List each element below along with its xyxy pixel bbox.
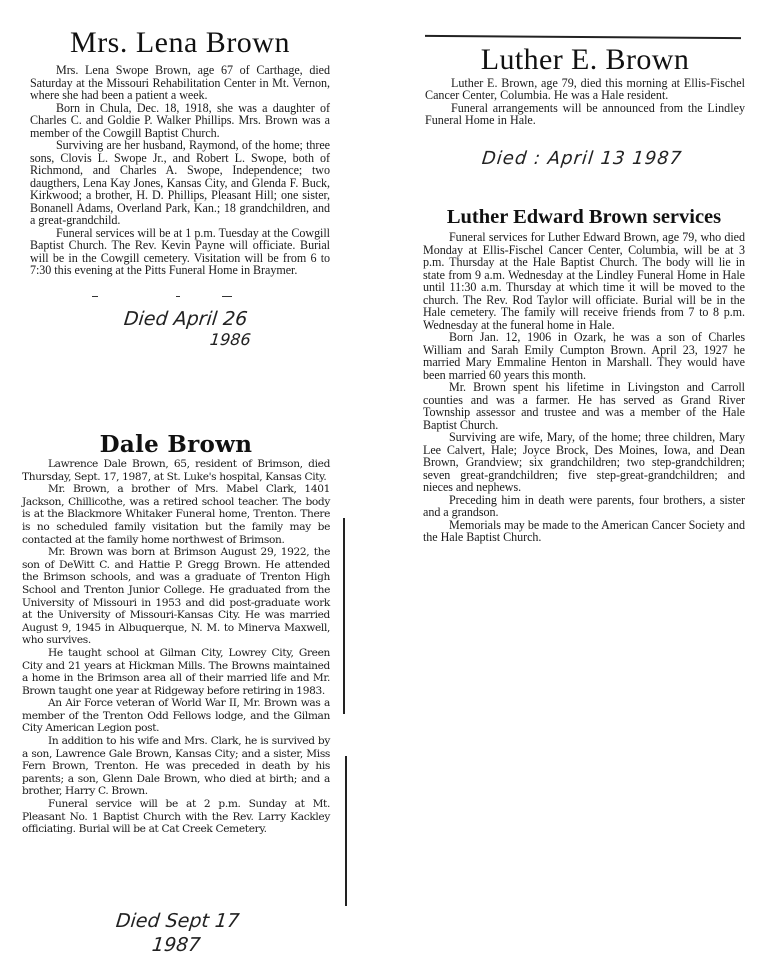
clipping-luther-e-brown: Luther E. Brown Luther E. Brown, age 79,… (425, 36, 745, 127)
clipping-lena-brown: Mrs. Lena Brown Mrs. Lena Swope Brown, a… (30, 28, 330, 277)
handwritten-death-date: Died Sept 17 (115, 910, 240, 932)
obituary-paragraph: Mr. Brown was born at Brimson August 29,… (22, 546, 330, 647)
scan-speck (92, 296, 98, 297)
obituary-paragraph: An Air Force veteran of World War II, Mr… (22, 697, 330, 735)
obituary-paragraph: Luther E. Brown, age 79, died this morni… (425, 77, 745, 102)
obituary-paragraph: Preceding him in death were parents, fou… (423, 494, 745, 519)
handwritten-death-year: 1987 (151, 934, 202, 956)
obituary-title: Dale Brown (22, 432, 330, 458)
obituary-paragraph: Mrs. Lena Swope Brown, age 67 of Carthag… (30, 64, 330, 102)
obituary-paragraph: Lawrence Dale Brown, 65, resident of Bri… (22, 458, 330, 483)
handwritten-death-date: Died April 26 (123, 308, 249, 330)
obituary-paragraph: Mr. Brown, a brother of Mrs. Mabel Clark… (22, 483, 330, 546)
scan-speck (176, 296, 180, 297)
obituary-paragraph: Funeral arrangements will be announced f… (425, 102, 745, 127)
obituary-paragraph: Funeral services will be at 1 p.m. Tuesd… (30, 227, 330, 277)
column-rule (343, 518, 345, 714)
obituary-title: Luther Edward Brown services (423, 205, 745, 229)
clipping-top-rule (425, 35, 741, 39)
obituary-paragraph: Surviving are her husband, Raymond, of t… (30, 139, 330, 227)
obituary-paragraph: Memorials may be made to the American Ca… (423, 519, 745, 544)
clipping-dale-brown: Dale Brown Lawrence Dale Brown, 65, resi… (22, 432, 330, 836)
scan-speck (222, 296, 232, 297)
handwritten-death-year: 1986 (209, 330, 252, 349)
obituary-paragraph: Funeral service will be at 2 p.m. Sunday… (22, 798, 330, 836)
obituary-title: Mrs. Lena Brown (30, 28, 330, 58)
obituary-title: Luther E. Brown (425, 44, 745, 76)
obituary-paragraph: In addition to his wife and Mrs. Clark, … (22, 735, 330, 798)
column-rule (345, 756, 347, 906)
clipping-luther-edward-brown-services: Luther Edward Brown services Funeral ser… (423, 205, 745, 544)
obituary-paragraph: Surviving are wife, Mary, of the home; t… (423, 431, 745, 494)
obituary-paragraph: Born Jan. 12, 1906 in Ozark, he was a so… (423, 331, 745, 381)
obituary-paragraph: He taught school at Gilman City, Lowrey … (22, 647, 330, 697)
obituary-paragraph: Born in Chula, Dec. 18, 1918, she was a … (30, 102, 330, 140)
handwritten-death-date: Died : April 13 1987 (481, 148, 683, 169)
obituary-paragraph: Mr. Brown spent his lifetime in Livingst… (423, 381, 745, 431)
obituary-paragraph: Funeral services for Luther Edward Brown… (423, 231, 745, 331)
